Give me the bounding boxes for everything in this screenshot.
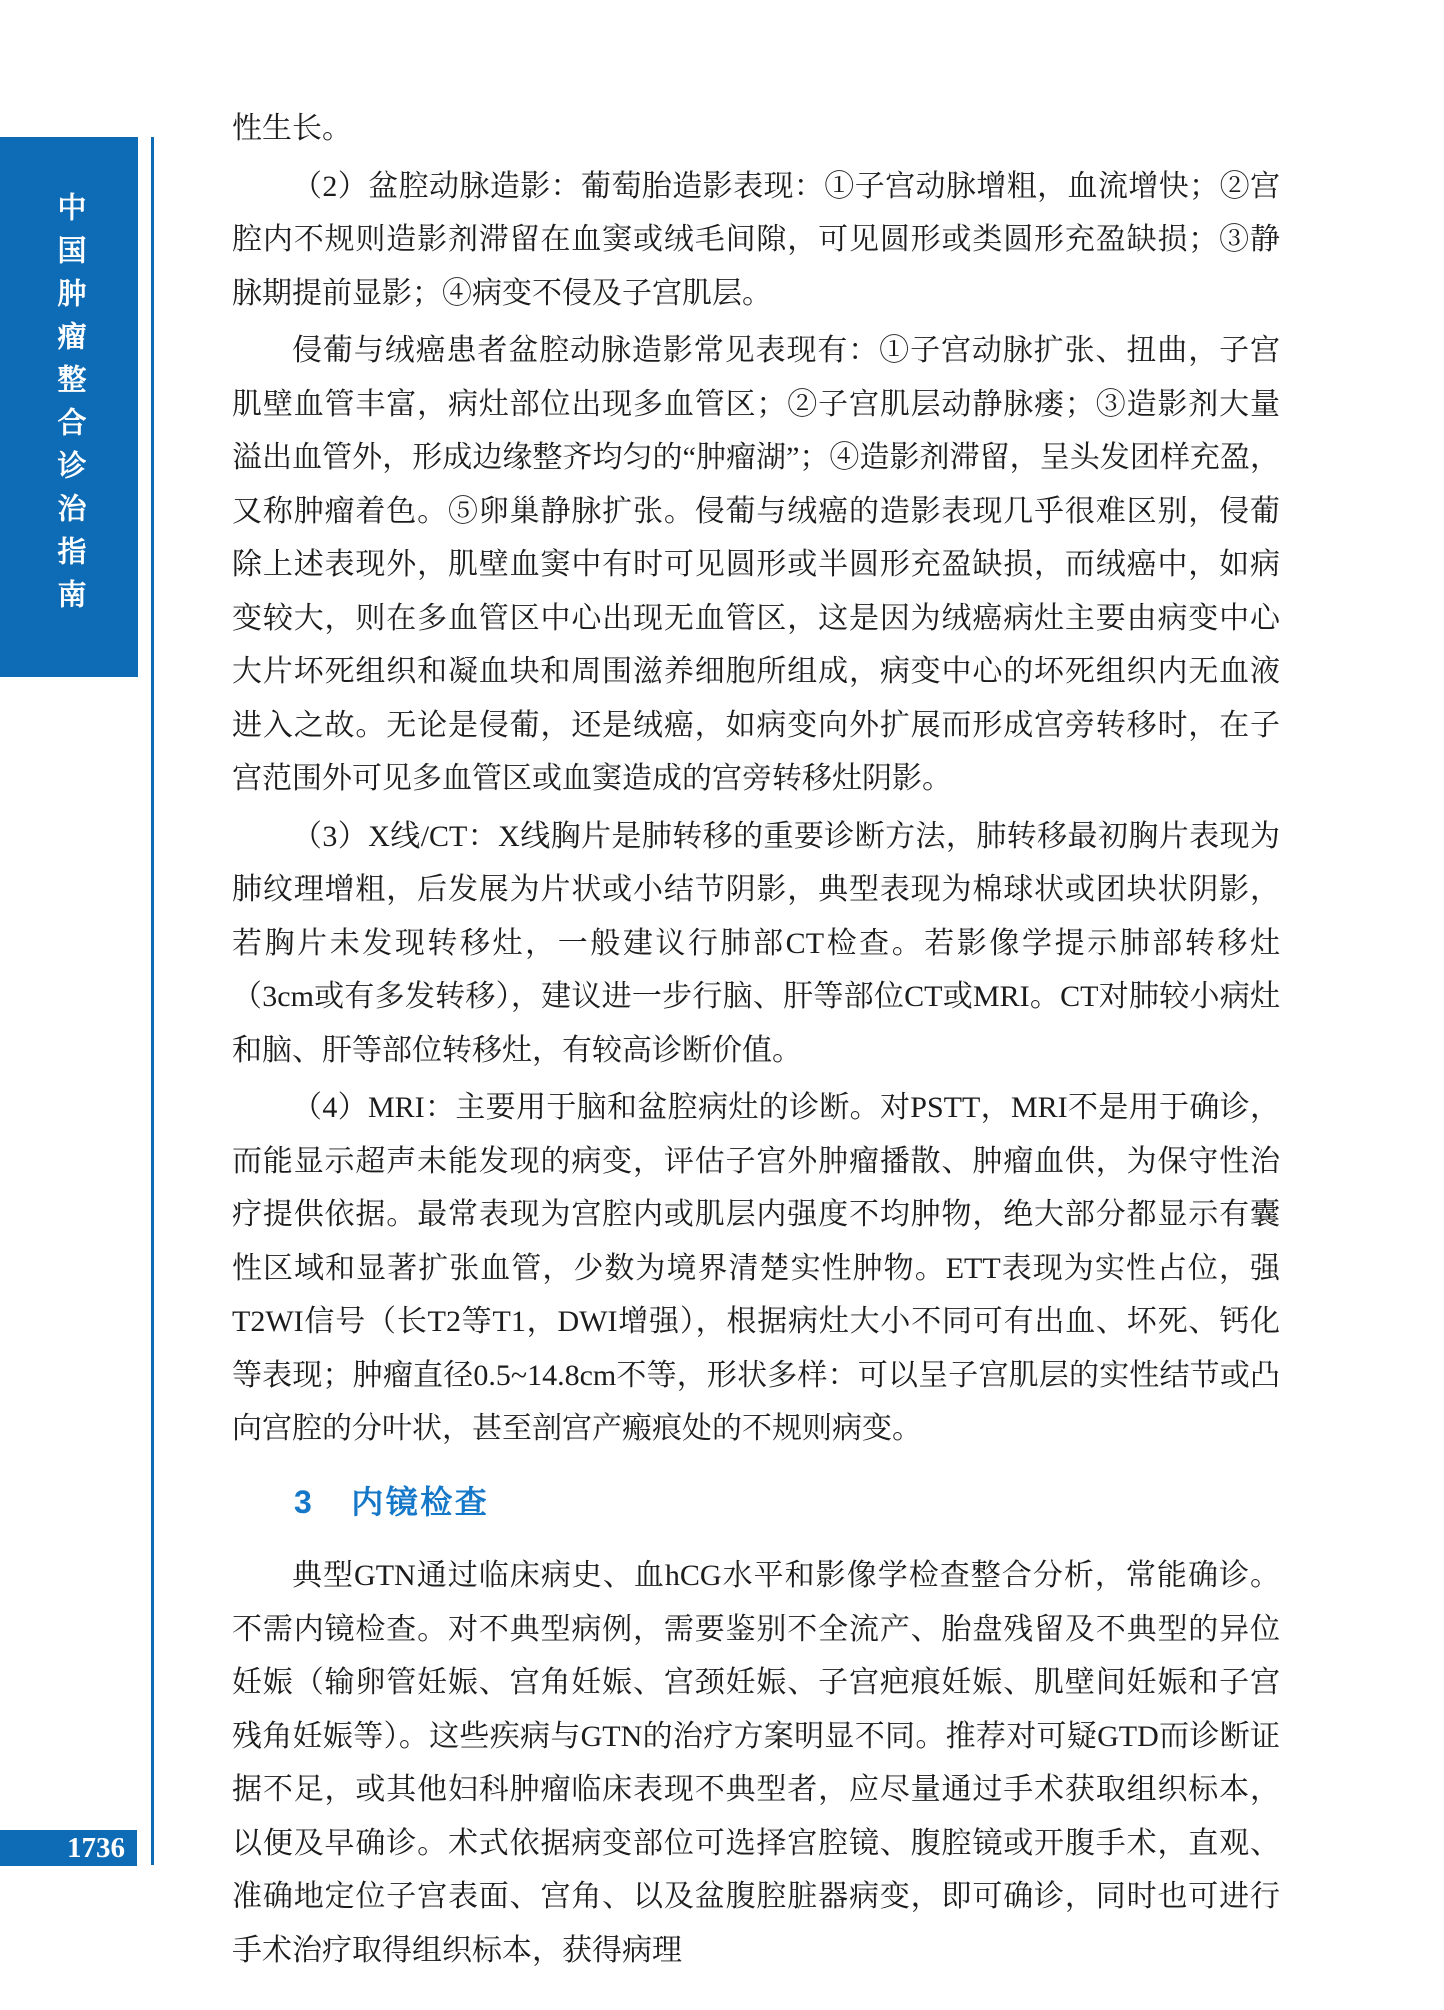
main-text-column: 性生长。 （2）盆腔动脉造影：葡萄胎造影表现：①子宫动脉增粗，血流增快；②宫腔内… — [232, 102, 1280, 1977]
page-number-badge: 1736 — [0, 1830, 137, 1866]
section-number: 3 — [294, 1484, 312, 1520]
document-page: 中国肿瘤整合诊治指南 1736 性生长。 （2）盆腔动脉造影：葡萄胎造影表现：①… — [0, 0, 1444, 2010]
paragraph-pelvic-angiography: （2）盆腔动脉造影：葡萄胎造影表现：①子宫动脉增粗，血流增快；②宫腔内不规则造影… — [232, 160, 1280, 321]
paragraph-mri: （4）MRI：主要用于脑和盆腔病灶的诊断。对PSTT，MRI不是用于确诊，而能显… — [232, 1081, 1280, 1456]
page-number: 1736 — [67, 1832, 125, 1864]
paragraph-xray-ct: （3）X线/CT：X线胸片是肺转移的重要诊断方法，肺转移最初胸片表现为肺纹理增粗… — [232, 810, 1280, 1078]
paragraph-invasive-mole-choriocarcinoma: 侵葡与绒癌患者盆腔动脉造影常见表现有：①子宫动脉扩张、扭曲，子宫肌壁血管丰富，病… — [232, 324, 1280, 806]
paragraph-continuation: 性生长。 — [232, 102, 1280, 156]
book-title-vertical-text: 中国肿瘤整合诊治指南 — [55, 192, 84, 622]
book-title-banner: 中国肿瘤整合诊治指南 — [0, 137, 138, 677]
paragraph-endoscopy: 典型GTN通过临床病史、血hCG水平和影像学检查整合分析，常能确诊。不需内镜检查… — [232, 1549, 1280, 1977]
section-heading: 3 内镜检查 — [294, 1476, 1280, 1530]
section-title: 内镜检查 — [351, 1484, 489, 1520]
vertical-divider-line — [151, 137, 154, 1865]
